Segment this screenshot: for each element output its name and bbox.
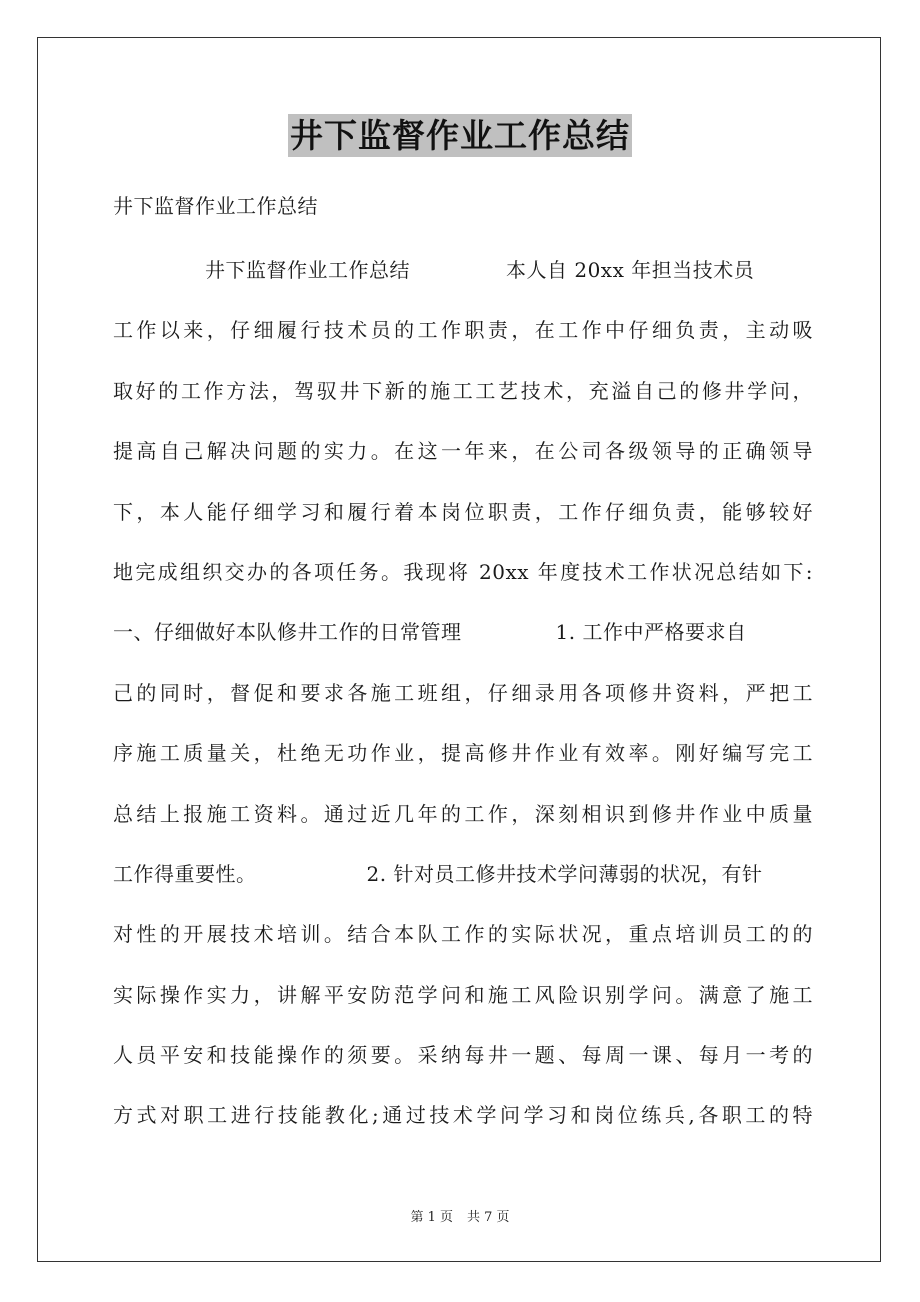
paragraph-line: 总结上报施工资料。通过近几年的工作，深刻相识到修井作业中质量 [113,804,813,824]
section-heading: 井下监督作业工作总结 [205,258,410,282]
document-body: 井下监督作业工作总结 井下监督作业工作总结本人自 20xx 年担当技术员 工作以… [113,196,813,1166]
paragraph-text: 1. 工作中严格要求自 [556,620,747,644]
document-title-text: 井下监督作业工作总结 [288,114,632,157]
page-number: 第 1 页 [410,1210,453,1225]
subtitle-line: 井下监督作业工作总结 [113,196,813,216]
paragraph-line: 人员平安和技能操作的须要。采纳每井一题、每周一课、每月一考的 [113,1045,813,1065]
paragraph-line: 对性的开展技术培训。结合本队工作的实际状况，重点培训员工的的 [113,924,813,944]
paragraph-text: 工作得重要性。 [113,862,257,886]
paragraph-line: 地完成组织交办的各项任务。我现将 20xx 年度技术工作状况总结如下: [113,562,813,582]
paragraph-line: 下，本人能仔细学习和履行着本岗位职责，工作仔细负责，能够较好 [113,502,813,522]
page-footer: 第 1 页共 7 页 [0,1206,920,1225]
paragraph-line: 工作得重要性。2. 针对员工修井技术学问薄弱的状况，有针 [113,864,813,884]
paragraph-line: 取好的工作方法，驾驭井下新的施工工艺技术，充溢自己的修井学问， [113,381,813,401]
paragraph-line: 实际操作实力，讲解平安防范学问和施工风险识别学问。满意了施工 [113,985,813,1005]
document-title: 井下监督作业工作总结 [0,114,920,158]
paragraph-text: 2. 针对员工修井技术学问薄弱的状况，有针 [367,862,763,886]
page-total: 共 7 页 [467,1210,510,1225]
paragraph-line: 一、仔细做好本队修井工作的日常管理1. 工作中严格要求自 [113,622,813,642]
paragraph-line: 工作以来，仔细履行技术员的工作职责，在工作中仔细负责，主动吸 [113,320,813,340]
paragraph-line: 方式对职工进行技能教化;通过技术学问学习和岗位练兵,各职工的特 [113,1105,813,1125]
section-heading: 一、仔细做好本队修井工作的日常管理 [113,620,462,644]
paragraph-text: 本人自 20xx 年担当技术员 [506,258,754,282]
paragraph-line: 序施工质量关，杜绝无功作业，提高修井作业有效率。刚好编写完工 [113,743,813,763]
paragraph-line: 井下监督作业工作总结本人自 20xx 年担当技术员 [113,260,813,280]
paragraph-line: 己的同时，督促和要求各施工班组，仔细录用各项修井资料，严把工 [113,683,813,703]
paragraph-line: 提高自己解决问题的实力。在这一年来，在公司各级领导的正确领导 [113,441,813,461]
